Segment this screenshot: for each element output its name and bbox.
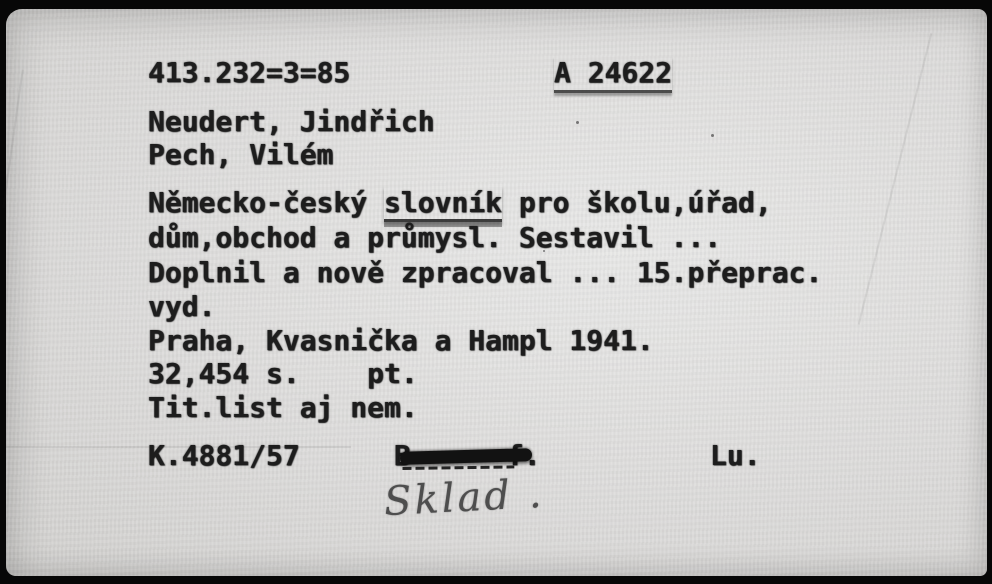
imprint: Praha, Kvasnička a Hampl 1941.	[148, 326, 654, 356]
accession-number: A 24622	[554, 58, 672, 88]
record-number: K.4881/57	[148, 441, 300, 471]
collation: 32,454 s. pt.	[148, 359, 418, 389]
edition-line-2: vyd.	[148, 292, 215, 322]
title-part-2: pro školu,úřad,	[502, 186, 772, 219]
handwritten-note: Sklad .	[383, 471, 546, 525]
title-line-2: dům,obchod a průmysl. Sestavil ...	[148, 223, 721, 253]
paper-crease-left	[2, 70, 23, 209]
paper-crease-diagonal	[858, 33, 933, 325]
language-note: Tit.list aj nem.	[148, 393, 418, 423]
struck-annotation: Bf.	[394, 441, 541, 471]
call-number: 413.232=3=85	[148, 58, 350, 88]
title-keyword-underlined: slovník	[384, 186, 502, 222]
cataloguer-initials: Lu.	[710, 441, 761, 471]
catalog-card: 413.232=3=85 A 24622 Neudert, Jindřich P…	[6, 9, 987, 576]
edition-line-1: Doplnil a nově zpracoval ... 15.přeprac.	[148, 258, 822, 288]
ink-speck	[711, 134, 714, 137]
author-heading-2: Pech, Vilém	[148, 140, 333, 170]
scanned-catalog-card-image: 413.232=3=85 A 24622 Neudert, Jindřich P…	[0, 0, 992, 584]
accession-number-text: A 24622	[554, 56, 672, 93]
title-part-1: Německo-český	[148, 186, 384, 219]
ink-speck	[576, 121, 579, 124]
author-heading-1: Neudert, Jindřich	[148, 107, 435, 137]
title-line-1: Německo-český slovník pro školu,úřad,	[148, 188, 772, 218]
